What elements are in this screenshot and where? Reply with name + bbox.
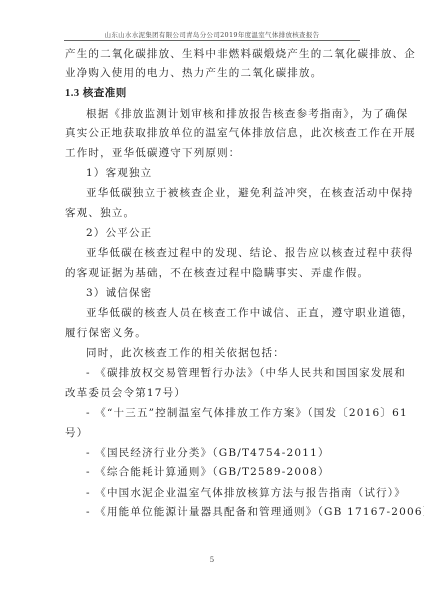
paragraph-line: 1）客观独立 xyxy=(86,166,382,180)
reference-item: - 《用能单位能源计量器具配备和管理通则》（GB 17167-2006） xyxy=(86,505,382,519)
paragraph-line: 产生的二氧化碳排放、生料中非燃料碳煅烧产生的二氧化碳排放、企 xyxy=(65,47,361,61)
reference-item: - 《国民经济行业分类》（GB/T4754-2011） xyxy=(86,446,382,460)
paragraph-line: 履行保密义务。 xyxy=(65,326,361,340)
paragraph-line: 亚华低碳的核查人员在核查工作中诚信、正直，遵守职业道德， xyxy=(86,306,382,320)
running-header: 山东山水水泥集团有限公司青岛分公司2019年度温室气体排放核查报告 xyxy=(64,30,360,39)
section-heading: 1.3 核查准则 xyxy=(65,87,361,101)
paragraph-line: 2）公平公正 xyxy=(86,226,382,240)
header-rule xyxy=(64,40,360,42)
paragraph-line: 业净购入使用的电力、热力产生的二氧化碳排放。 xyxy=(65,66,361,80)
paragraph-line: 亚华低碳独立于被核查企业，避免利益冲突，在核查活动中保持 xyxy=(86,186,382,200)
reference-item: - 《碳排放权交易管理暂行办法》（中华人民共和国国家发展和 xyxy=(86,366,382,380)
paragraph-line: 亚华低碳在核查过程中的发现、结论、报告应以核查过程中获得 xyxy=(86,246,382,260)
reference-item: - 《综合能耗计算通则》（GB/T2589-2008） xyxy=(86,465,382,479)
reference-item: - 《“十三五”控制温室气体排放工作方案》（国发〔2016〕61 xyxy=(86,406,382,420)
reference-item: - 《中国水泥企业温室气体排放核算方法与报告指南（试行）》 xyxy=(86,486,382,500)
paragraph-line: 客观、独立。 xyxy=(65,206,361,220)
paragraph-line: 3）诚信保密 xyxy=(86,286,382,300)
paragraph-line: 根据《排放监测计划审核和排放报告核查参考指南》，为了确保 xyxy=(86,107,382,121)
paragraph-line: 改革委员会令第17号） xyxy=(65,386,361,400)
paragraph-line: 工作时，亚华低碳遵守下列原则： xyxy=(65,146,361,160)
paragraph-line: 同时，此次核查工作的相关依据包括： xyxy=(86,346,382,360)
paragraph-line: 的客观证据为基础，不在核查过程中隐瞒事实、弄虚作假。 xyxy=(65,266,361,280)
paragraph-line: 真实公正地获取排放单位的温室气体排放信息，此次核查工作在开展 xyxy=(65,126,361,140)
paragraph-line: 号） xyxy=(65,426,361,440)
page-number: 5 xyxy=(0,556,424,564)
